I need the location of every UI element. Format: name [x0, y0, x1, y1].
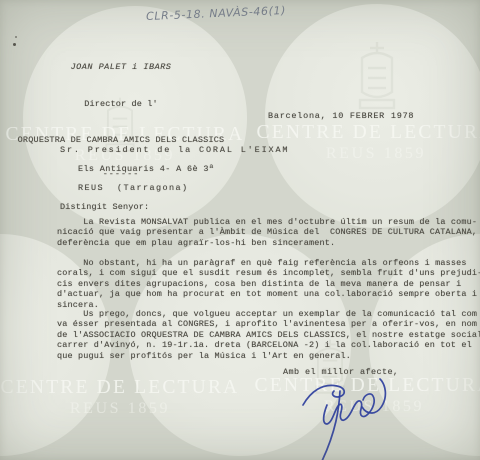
scanned-letter-page: CENTRE DE LECTURA REUS 1859 CENTRE DE LE… [0, 0, 480, 460]
body-paragraph-1: La Revista MONSALVAT publica en el mes d… [57, 217, 480, 248]
salutation: Distingit Senyor: [60, 202, 149, 212]
body-paragraph-3: Us prego, doncs, que volgueu acceptar un… [57, 309, 480, 361]
letterhead-role: Director de l' [14, 99, 228, 109]
signature-ink [293, 371, 405, 460]
recipient-line: Els Antiquaris 4- A 6è 3ª [78, 164, 214, 174]
recipient-line: REUS (Tarragona) [78, 183, 189, 193]
ink-speck [13, 43, 16, 46]
recipient-line: Sr. President de la CORAL L'EIXAM [60, 145, 289, 155]
letterhead-name: JOAN PALET i IBARS [14, 62, 228, 72]
letter-content: JOAN PALET i IBARS Director de l' ORQUES… [0, 0, 480, 460]
letterhead: JOAN PALET i IBARS Director de l' ORQUES… [14, 41, 228, 201]
ink-speck [15, 36, 17, 38]
body-paragraph-2: No obstant, hi ha un paràgraf en què fai… [57, 258, 480, 310]
dateline: Barcelona, 10 FEBRER 1978 [268, 111, 414, 121]
